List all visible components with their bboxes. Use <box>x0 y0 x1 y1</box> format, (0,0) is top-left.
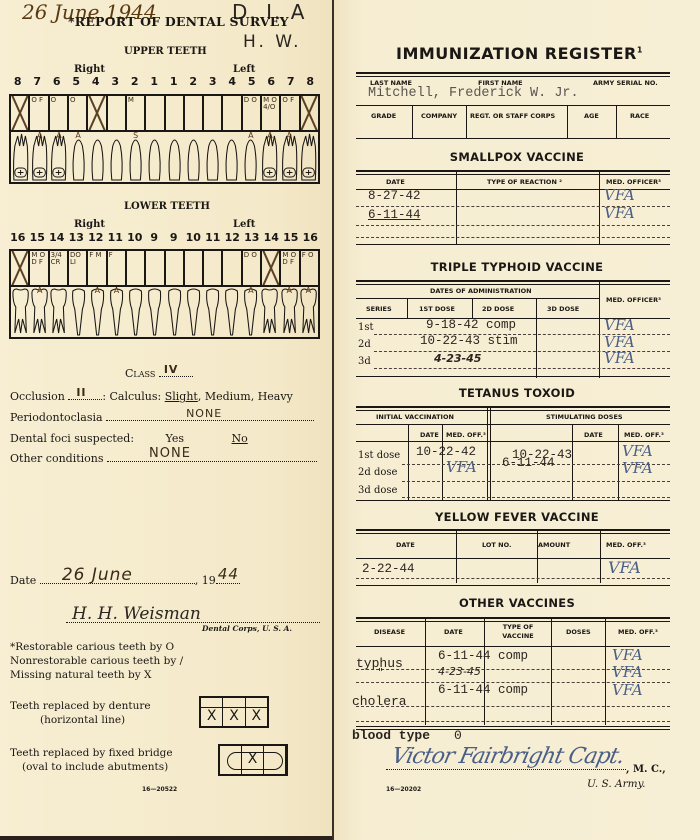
tetanus-officer-header: MED. OFF.³ <box>446 431 486 439</box>
typhoid-officer-1: VFA <box>604 316 635 334</box>
other-officer-header: MED. OFF.³ <box>618 628 658 636</box>
tooth-number: 5 <box>242 75 262 88</box>
tetanus-stim-officer-1: VFA <box>622 442 653 460</box>
tooth-number: 11 <box>106 231 126 244</box>
tooth-annotation: S <box>126 131 145 140</box>
tooth-box <box>166 251 185 285</box>
blood-type-label: blood type <box>352 728 430 743</box>
tooth-drawing <box>165 132 184 182</box>
tooth-drawing <box>222 132 241 182</box>
other-disease-2: " <box>378 666 383 679</box>
tooth-box-missing <box>301 96 318 130</box>
tooth-number: 8 <box>8 75 28 88</box>
legend-restorable: *Restorable carious teeth by O <box>10 640 174 654</box>
tooth-number: 9 <box>164 231 184 244</box>
handwritten-initials: H. W. <box>243 32 302 52</box>
regt-label: REGT. OR STAFF CORPS <box>470 112 555 120</box>
tooth-drawing: A <box>30 287 49 337</box>
tooth-annotation: A <box>69 131 88 140</box>
title-footnote: 1 <box>637 46 643 55</box>
grade-label: GRADE <box>371 112 396 120</box>
tooth-drawing <box>11 132 30 182</box>
tooth-drawing <box>69 287 88 337</box>
tooth-box: M <box>127 96 146 130</box>
tooth-number: 8 <box>301 75 321 88</box>
tooth-drawing <box>126 287 145 337</box>
other-entry-1: 6-11-44 comp <box>438 649 528 663</box>
tooth-box: O <box>69 96 88 130</box>
tooth-box: DO LI <box>69 251 88 285</box>
lower-tooth-chart: M O D F3/4 CRDO LIF MFD OM O D FF O AAAA… <box>9 249 320 339</box>
other-vaccines-title: OTHER VACCINES <box>334 596 700 610</box>
tooth-number: 4 <box>86 75 106 88</box>
lower-teeth-heading: LOWER TEETH <box>124 201 210 212</box>
typhoid-3d-header: 3D DOSE <box>547 305 579 313</box>
other-disease-header: DISEASE <box>374 628 405 636</box>
tooth-box: M O 4/O <box>262 96 281 130</box>
occlusion-label: Occlusion <box>10 390 65 403</box>
tooth-box: F <box>108 251 127 285</box>
other-entry-3: 6-11-44 comp <box>438 683 528 697</box>
calculus-medium: Medium <box>205 390 251 403</box>
lower-left-label: Left <box>233 219 255 230</box>
medical-officer-signature: Victor Fairbright Capt. <box>389 744 626 769</box>
periodontoclasia-label: Periodontoclasia <box>10 411 103 424</box>
tetanus-officer-2: VFA <box>446 458 477 476</box>
typhoid-entry-3: 4-23-45 <box>434 352 481 365</box>
smallpox-date-2: 6-11-44 <box>368 208 421 222</box>
other-conditions-field: Other conditions NONE <box>10 452 317 465</box>
tooth-number: 5 <box>67 75 87 88</box>
tooth-annotation: A <box>30 286 49 295</box>
tooth-drawing <box>203 287 222 337</box>
denture-example: X X X <box>199 696 269 728</box>
denture-sublabel: (horizontal line) <box>40 713 125 727</box>
tooth-drawing <box>260 287 279 337</box>
blood-type-value: 0 <box>454 728 462 743</box>
tetanus-stim-officer-2: VFA <box>622 459 653 477</box>
tooth-number: 13 <box>67 231 87 244</box>
tooth-drawing <box>11 287 30 337</box>
typhoid-series-header: SERIES <box>366 305 392 313</box>
tetanus-stim-date-2: 6-11-44 <box>502 456 555 470</box>
tooth-box <box>185 251 204 285</box>
tooth-annotation: A <box>49 131 68 140</box>
tooth-box <box>185 96 204 130</box>
us-army-caption: U. S. Army. <box>587 778 646 790</box>
tooth-number: 2 <box>184 75 204 88</box>
tooth-drawing: A <box>241 132 260 182</box>
tooth-number: 16 <box>8 231 28 244</box>
tooth-number: 3 <box>203 75 223 88</box>
company-label: COMPANY <box>421 112 457 120</box>
bridge-label: Teeth replaced by fixed bridge <box>10 746 173 760</box>
tooth-drawing <box>107 132 126 182</box>
yellow-fever-title: YELLOW FEVER VACCINE <box>334 510 700 524</box>
tooth-number: 10 <box>125 231 145 244</box>
class-value: IV <box>164 363 179 376</box>
tooth-drawing <box>145 132 164 182</box>
tooth-number: 12 <box>86 231 106 244</box>
tooth-box: 3/4 CR <box>50 251 69 285</box>
tooth-drawing: A <box>107 287 126 337</box>
report-title: *REPORT OF DENTAL SURVEY <box>68 14 289 29</box>
upper-tooth-numbers: 8765432112345678 <box>8 75 320 88</box>
tooth-number: 10 <box>184 231 204 244</box>
upper-condition-boxes: O FOOMD OM O 4/OO F <box>11 96 318 132</box>
tooth-box <box>223 96 242 130</box>
tooth-drawing: S <box>126 132 145 182</box>
tooth-drawing <box>299 132 318 182</box>
tooth-annotation: A <box>241 131 260 140</box>
register-title: IMMUNIZATION REGISTER1 <box>396 44 643 63</box>
tetanus-stim-date-header: DATE <box>584 431 603 439</box>
tooth-number: 12 <box>223 231 243 244</box>
tooth-box: M O D F <box>30 251 49 285</box>
calculus-label: : Calculus: <box>102 390 161 403</box>
lower-condition-boxes: M O D F3/4 CRDO LIF MFD OM O D FF O <box>11 251 318 287</box>
other-officer-2: VFA <box>612 663 643 681</box>
tetanus-title: TETANUS TOXOID <box>334 386 700 400</box>
date-label: Date <box>10 574 36 587</box>
tooth-box <box>127 251 146 285</box>
tooth-drawing: A <box>30 132 49 182</box>
tetanus-dose-3: 3d dose <box>358 485 397 496</box>
periodontoclasia-field: Periodontoclasia NONE <box>10 411 314 424</box>
tooth-box: O F <box>30 96 49 130</box>
name-value: Mitchell, Frederick W. Jr. <box>368 86 579 101</box>
year-value: 44 <box>218 565 239 583</box>
tooth-drawing <box>184 287 203 337</box>
denture-x-mark: X <box>246 708 267 724</box>
tetanus-stim-officer-header: MED. OFF.³ <box>624 431 664 439</box>
smallpox-officer-2: VFA <box>604 204 635 222</box>
dental-signature-line: H. H. Weisman <box>66 601 320 623</box>
tooth-box <box>223 251 242 285</box>
serial-no-label: ARMY SERIAL NO. <box>593 79 658 87</box>
tetanus-date-1: 10-22-42 <box>416 445 476 459</box>
yf-officer-header: MED. OFF.³ <box>606 541 646 549</box>
tetanus-dose-1: 1st dose <box>358 450 400 461</box>
tooth-annotation: A <box>88 286 107 295</box>
immunization-register-page: IMMUNIZATION REGISTER1 LAST NAME FIRST N… <box>334 0 700 840</box>
other-doses-header: DOSES <box>566 628 591 636</box>
periodontoclasia-value: NONE <box>186 407 222 420</box>
upper-left-label: Left <box>233 64 255 75</box>
tooth-annotation: A <box>260 131 279 140</box>
dental-corps-caption: Dental Corps, U. S. A. <box>202 624 292 633</box>
upper-tooth-chart: O FOOMD OM O 4/OO F AAASAAA <box>9 94 320 184</box>
lower-tooth-numbers: 161514131211109910111213141516 <box>8 231 320 244</box>
tooth-number: 16 <box>301 231 321 244</box>
tooth-annotation: A <box>299 286 318 295</box>
yf-date-1: 2-22-44 <box>362 562 415 576</box>
tooth-box: O <box>50 96 69 130</box>
denture-x-mark: X <box>223 708 244 724</box>
tooth-drawing <box>165 287 184 337</box>
tooth-number: 15 <box>28 231 48 244</box>
immunization-form-number: 16—20202 <box>386 786 421 793</box>
upper-teeth-heading: UPPER TEETH <box>124 46 207 57</box>
tooth-drawing: A <box>69 132 88 182</box>
tooth-drawing <box>88 132 107 182</box>
date-field: Date 26 June, 1944 <box>10 574 240 587</box>
tooth-box: D O <box>243 96 262 130</box>
typhoid-title: TRIPLE TYPHOID VACCINE <box>334 260 700 274</box>
tetanus-stim-header: STIMULATING DOSES <box>546 413 623 421</box>
tooth-box: F M <box>88 251 107 285</box>
dental-survey-page: 26 June 1944 D. I. A *REPORT OF DENTAL S… <box>0 0 332 840</box>
smallpox-officer-header: MED. OFFICER³ <box>606 178 661 186</box>
tooth-number: 1 <box>145 75 165 88</box>
typhoid-entry-2: 10-22-43 stim <box>420 334 518 348</box>
tooth-number: 6 <box>262 75 282 88</box>
tooth-drawing: A <box>280 132 299 182</box>
legend-nonrestorable: Nonrestorable carious teeth by / <box>10 654 183 668</box>
typhoid-2d-header: 2D DOSE <box>482 305 514 313</box>
tooth-drawing <box>184 132 203 182</box>
race-label: RACE <box>630 112 649 120</box>
typhoid-dates-header: DATES OF ADMINISTRATION <box>430 287 532 295</box>
tooth-number: 14 <box>47 231 67 244</box>
lower-right-label: Right <box>74 219 105 230</box>
tooth-number: 13 <box>242 231 262 244</box>
tooth-box: O F <box>281 96 300 130</box>
smallpox-reaction-header: TYPE OF REACTION ² <box>487 178 562 186</box>
calculus-slight: Slight <box>165 390 198 403</box>
tooth-number: 4 <box>223 75 243 88</box>
tooth-box: D O <box>243 251 262 285</box>
upper-teeth-diagram: AAASAAA <box>11 132 318 182</box>
tooth-number: 15 <box>281 231 301 244</box>
other-officer-3: VFA <box>612 681 643 699</box>
foci-label: Dental foci suspected: <box>10 432 134 445</box>
tooth-box <box>146 96 165 130</box>
tooth-box <box>146 251 165 285</box>
bridge-sublabel: (oval to include abutments) <box>22 760 168 774</box>
tooth-box <box>108 96 127 130</box>
tooth-number: 6 <box>47 75 67 88</box>
tooth-box-missing <box>11 96 30 130</box>
other-type-header: TYPE OF VACCINE <box>488 623 548 641</box>
tooth-number: 7 <box>28 75 48 88</box>
dental-foci-field: Dental foci suspected: Yes No <box>10 432 248 445</box>
foci-yes: Yes <box>166 432 184 445</box>
yf-date-header: DATE <box>396 541 415 549</box>
tetanus-initial-header: INITIAL VACCINATION <box>376 413 454 421</box>
tooth-drawing <box>222 287 241 337</box>
tooth-box-missing <box>11 251 30 285</box>
tooth-box <box>204 96 223 130</box>
date-value: 26 June <box>62 565 133 585</box>
tooth-annotation: A <box>280 131 299 140</box>
bridge-example: X <box>218 744 288 776</box>
tooth-drawing: A <box>241 287 260 337</box>
typhoid-series-2: 2d <box>358 339 371 350</box>
smallpox-date-1: 8-27-42 <box>368 189 421 203</box>
lower-teeth-diagram: AAAAAA <box>11 287 318 337</box>
mc-suffix: , M. C., <box>626 764 666 775</box>
yf-lot-header: LOT NO. <box>482 541 511 549</box>
tooth-number: 11 <box>203 231 223 244</box>
other-conditions-label: Other conditions <box>10 452 104 465</box>
foci-no: No <box>232 432 248 445</box>
tooth-annotation: A <box>280 286 299 295</box>
tetanus-dose-2: 2d dose <box>358 467 397 478</box>
legend-missing: Missing natural teeth by X <box>10 668 151 682</box>
typhoid-officer-header: MED. OFFICER³ <box>606 296 661 304</box>
tooth-number: 3 <box>106 75 126 88</box>
tooth-drawing: A <box>49 132 68 182</box>
calculus-heavy: Heavy <box>258 390 293 403</box>
tooth-number: 1 <box>164 75 184 88</box>
denture-x-mark: X <box>201 708 222 724</box>
yf-officer-1: VFA <box>608 558 641 577</box>
smallpox-title: SMALLPOX VACCINE <box>334 150 700 164</box>
tooth-drawing: A <box>88 287 107 337</box>
tooth-number: 2 <box>125 75 145 88</box>
other-officer-1: VFA <box>612 646 643 664</box>
tooth-box <box>166 96 185 130</box>
typhoid-officer-3: VFA <box>604 349 635 367</box>
tooth-box: M O D F <box>281 251 300 285</box>
tooth-drawing: A <box>260 132 279 182</box>
occlusion-value: II <box>76 386 86 399</box>
tooth-box-missing <box>262 251 281 285</box>
typhoid-series-1: 1st <box>358 322 374 333</box>
typhoid-1st-header: 1ST DOSE <box>419 305 455 313</box>
tooth-drawing <box>145 287 164 337</box>
tooth-box <box>204 251 223 285</box>
class-label: Class <box>125 367 155 380</box>
other-entry-2: 4-23-45 <box>438 665 481 678</box>
other-date-header: DATE <box>444 628 463 636</box>
tetanus-date-header: DATE <box>420 431 439 439</box>
age-label: AGE <box>584 112 599 120</box>
occlusion-field: Occlusion II: Calculus: Slight, Medium, … <box>10 390 293 403</box>
tooth-drawing <box>203 132 222 182</box>
class-field: Class IV <box>125 367 193 380</box>
bridge-oval <box>227 752 283 770</box>
dental-form-number: 16—20522 <box>142 786 177 793</box>
tooth-drawing <box>49 287 68 337</box>
year-prefix: , 19 <box>195 574 216 587</box>
tooth-annotation: A <box>107 286 126 295</box>
tooth-drawing: A <box>280 287 299 337</box>
dental-officer-signature: H. H. Weisman <box>72 604 201 624</box>
yf-amount-header: AMOUNT <box>538 541 570 549</box>
tooth-annotation: A <box>241 286 260 295</box>
tooth-annotation: A <box>30 131 49 140</box>
smallpox-officer-1: VFA <box>604 186 635 204</box>
smallpox-date-header: DATE <box>386 178 405 186</box>
denture-label: Teeth replaced by denture <box>10 699 151 713</box>
tooth-number: 14 <box>262 231 282 244</box>
tooth-number: 9 <box>145 231 165 244</box>
upper-right-label: Right <box>74 64 105 75</box>
typhoid-entry-1: 9-18-42 comp <box>426 318 516 332</box>
tooth-number: 7 <box>281 75 301 88</box>
tooth-box: F O <box>301 251 318 285</box>
typhoid-series-3: 3d <box>358 356 371 367</box>
tooth-box-missing <box>88 96 107 130</box>
other-conditions-value: NONE <box>149 446 191 461</box>
tooth-drawing: A <box>299 287 318 337</box>
